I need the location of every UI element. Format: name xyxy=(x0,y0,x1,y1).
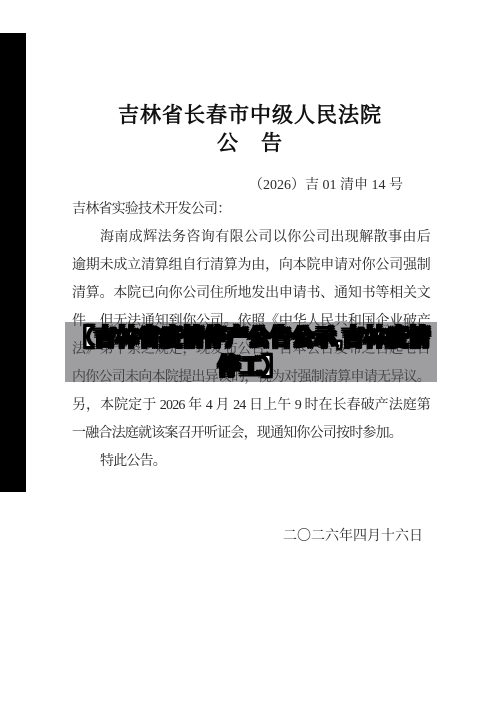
recipient-line: 吉林省实验技术开发公司： xyxy=(72,196,430,224)
body-line: 一融合法庭就该案召开听证会，现通知你公司按时参加。 xyxy=(72,420,430,448)
title-block: 吉林省长春市中级人民法院 公 告 xyxy=(0,102,500,158)
watermark-text-line2: 停工】 xyxy=(218,352,284,381)
announcement-page: 吉林省长春市中级人民法院 公 告 （2026）吉 01 清申 14 号 吉林省实… xyxy=(0,0,500,706)
court-name: 吉林省长春市中级人民法院 xyxy=(0,102,500,130)
issue-date: 二〇二六年四月十六日 xyxy=(283,527,423,547)
announcement-title: 公 告 xyxy=(0,130,500,158)
case-number: （2026）吉 01 清申 14 号 xyxy=(249,176,403,196)
closing-line: 特此公告。 xyxy=(72,448,430,476)
body-line: 海南成辉法务咨询有限公司以你公司出现解散事由后 xyxy=(72,224,430,252)
watermark-band: 【吉林省疫情停产公告公示,吉林疫情 停工】 xyxy=(65,322,437,382)
body-line: 另，本院定于 2026 年 4 月 24 日上午 9 时在长春破产法庭第 xyxy=(72,392,430,420)
body-line: 逾期未成立清算组自行清算为由，向本院申请对你公司强制 xyxy=(72,252,430,280)
watermark-text-line1: 【吉林省疫情停产公告公示,吉林疫情 xyxy=(72,323,430,352)
body-line: 清算。本院已向你公司住所地发出申请书、通知书等相关文 xyxy=(72,280,430,308)
